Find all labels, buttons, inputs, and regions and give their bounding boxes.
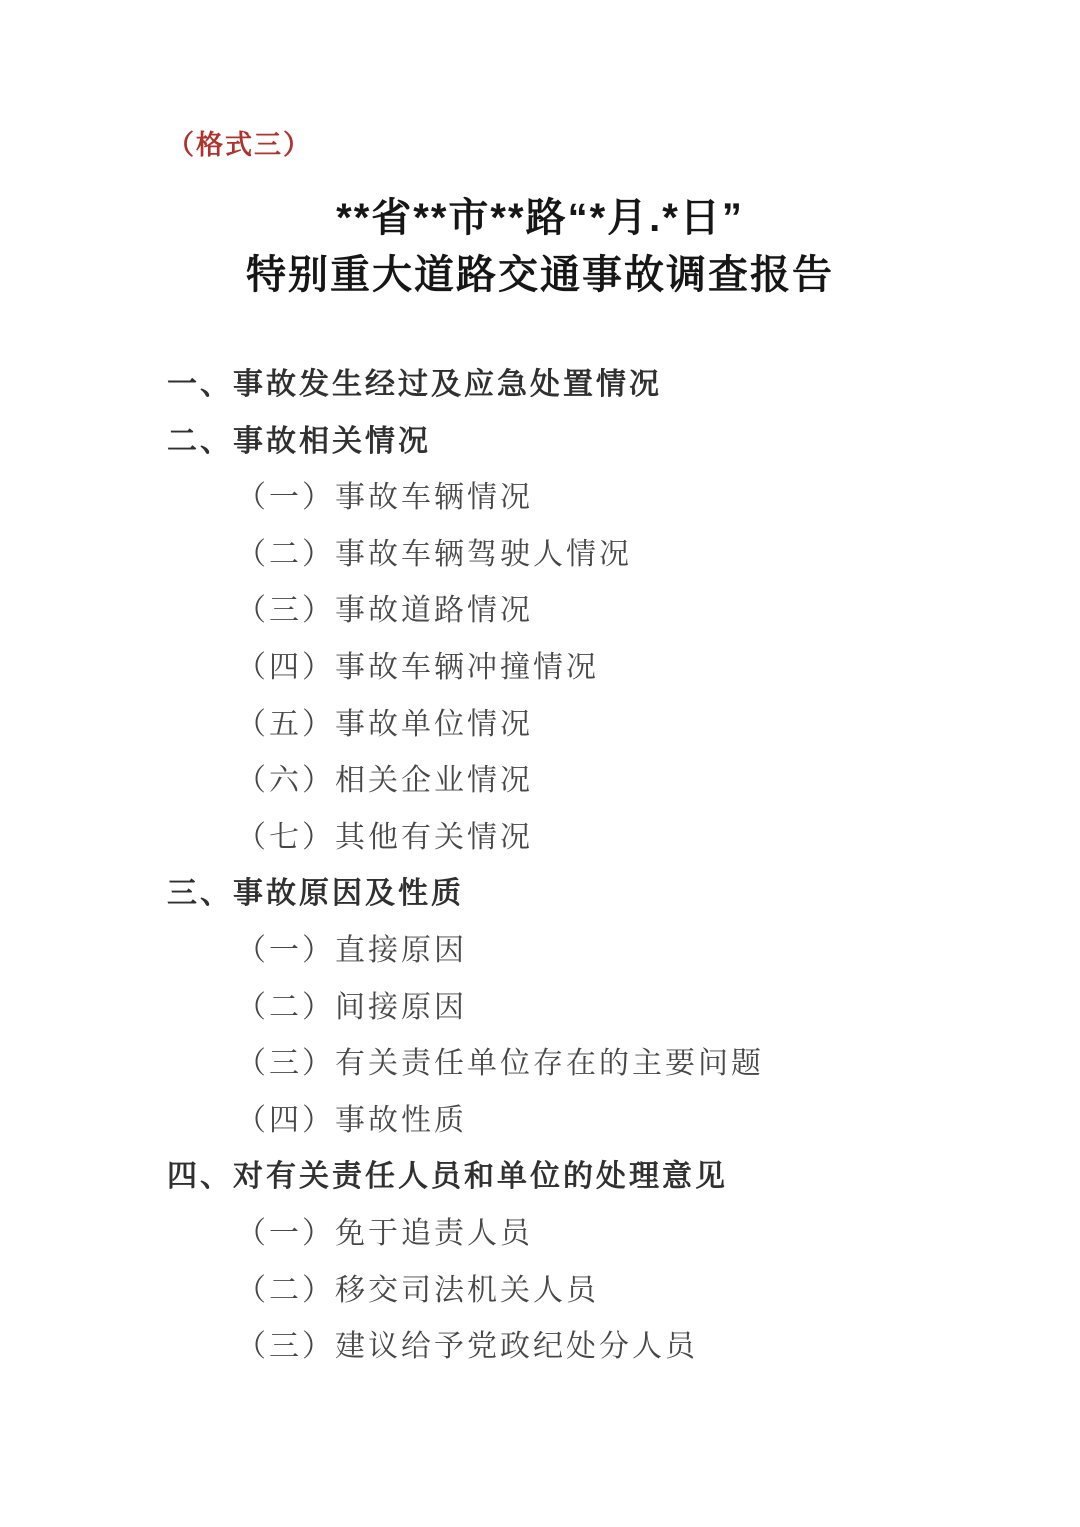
outline-item-4-3: （三）建议给予党政纪处分人员 [0, 1319, 1080, 1376]
outline-section-4: 四、对有关责任人员和单位的处理意见 [0, 1149, 1080, 1206]
document-title: **省**市**路“*月.*日” 特别重大道路交通事故调查报告 [0, 190, 1080, 304]
outline-item-2-7: （七）其他有关情况 [0, 810, 1080, 867]
outline-section-3: 三、事故原因及性质 [0, 866, 1080, 923]
document-page: （格式三） **省**市**路“*月.*日” 特别重大道路交通事故调查报告 一、… [0, 0, 1080, 1527]
outline-item-2-4: （四）事故车辆冲撞情况 [0, 640, 1080, 697]
document-title-line-1: **省**市**路“*月.*日” [0, 190, 1080, 247]
outline-item-3-2: （二）间接原因 [0, 980, 1080, 1037]
outline-item-4-2: （二）移交司法机关人员 [0, 1263, 1080, 1320]
outline-item-2-3: （三）事故道路情况 [0, 583, 1080, 640]
outline-item-4-1: （一）免于追责人员 [0, 1206, 1080, 1263]
outline-item-3-4: （四）事故性质 [0, 1093, 1080, 1150]
format-label: （格式三） [0, 0, 1080, 162]
outline-item-3-1: （一）直接原因 [0, 923, 1080, 980]
outline-item-2-2: （二）事故车辆驾驶人情况 [0, 527, 1080, 584]
report-outline: 一、事故发生经过及应急处置情况 二、事故相关情况 （一）事故车辆情况 （二）事故… [0, 357, 1080, 1376]
outline-item-2-1: （一）事故车辆情况 [0, 470, 1080, 527]
outline-item-3-3: （三）有关责任单位存在的主要问题 [0, 1036, 1080, 1093]
outline-item-2-5: （五）事故单位情况 [0, 697, 1080, 754]
document-title-line-2: 特别重大道路交通事故调查报告 [0, 247, 1080, 304]
outline-section-2: 二、事故相关情况 [0, 414, 1080, 471]
outline-item-2-6: （六）相关企业情况 [0, 753, 1080, 810]
outline-section-1: 一、事故发生经过及应急处置情况 [0, 357, 1080, 414]
